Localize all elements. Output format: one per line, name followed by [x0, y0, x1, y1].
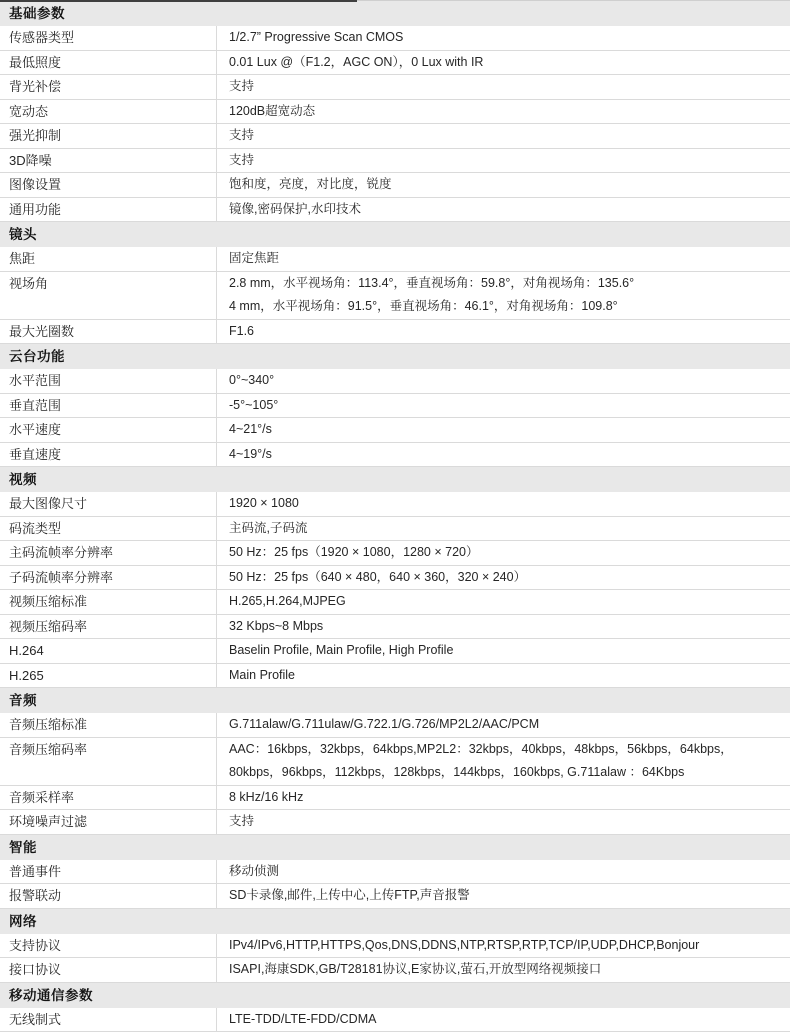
spec-value: 32 Kbps~8 Mbps: [217, 615, 790, 639]
spec-row: 视频压缩标准H.265,H.264,MJPEG: [0, 590, 790, 615]
spec-label: 3D降噪: [0, 149, 217, 173]
section-header: 移动通信参数: [0, 983, 790, 1008]
spec-label: 音频采样率: [0, 786, 217, 810]
section-header: 视频: [0, 467, 790, 492]
spec-row: 通用功能镜像,密码保护,水印技术: [0, 198, 790, 223]
spec-label: 主码流帧率分辨率: [0, 541, 217, 565]
spec-row: 宽动态120dB超宽动态: [0, 100, 790, 125]
spec-label: 无线制式: [0, 1008, 217, 1032]
spec-label: 音频压缩标准: [0, 713, 217, 737]
spec-label: 视场角: [0, 272, 217, 319]
spec-label: 垂直范围: [0, 394, 217, 418]
spec-row: 最低照度0.01 Lux @（F1.2，AGC ON），0 Lux with I…: [0, 51, 790, 76]
section-header: 镜头: [0, 222, 790, 247]
spec-label: 视频压缩码率: [0, 615, 217, 639]
spec-row: 最大光圈数F1.6: [0, 320, 790, 345]
spec-row: 普通事件移动侦测: [0, 860, 790, 885]
spec-row: 背光补偿支持: [0, 75, 790, 100]
spec-label: 垂直速度: [0, 443, 217, 467]
spec-value: 支持: [217, 149, 790, 173]
spec-label: 传感器类型: [0, 26, 217, 50]
spec-value: 移动侦测: [217, 860, 790, 884]
section-header: 智能: [0, 835, 790, 860]
spec-label: 环境噪声过滤: [0, 810, 217, 834]
spec-value: Main Profile: [217, 664, 790, 688]
spec-row: 支持协议IPv4/IPv6,HTTP,HTTPS,Qos,DNS,DDNS,NT…: [0, 934, 790, 959]
spec-label: 支持协议: [0, 934, 217, 958]
spec-value: 主码流,子码流: [217, 517, 790, 541]
spec-row: 音频压缩码率AAC：16kbps，32kbps，64kbps,MP2L2：32k…: [0, 738, 790, 786]
section-header: 网络: [0, 909, 790, 934]
spec-value: G.711alaw/G.711ulaw/G.722.1/G.726/MP2L2/…: [217, 713, 790, 737]
spec-value: 支持: [217, 810, 790, 834]
spec-value: 饱和度，亮度，对比度，锐度: [217, 173, 790, 197]
spec-label: 强光抑制: [0, 124, 217, 148]
spec-row: 环境噪声过滤支持: [0, 810, 790, 835]
spec-row: 水平速度4~21°/s: [0, 418, 790, 443]
spec-row: 视频压缩码率32 Kbps~8 Mbps: [0, 615, 790, 640]
spec-row: 报警联动SD卡录像,邮件,上传中心,上传FTP,声音报警: [0, 884, 790, 909]
spec-value: 1920 × 1080: [217, 492, 790, 516]
spec-value: LTE-TDD/LTE-FDD/CDMA: [217, 1008, 790, 1032]
spec-value: Baselin Profile, Main Profile, High Prof…: [217, 639, 790, 663]
spec-label: H.264: [0, 639, 217, 663]
section-header: 云台功能: [0, 344, 790, 369]
spec-value: F1.6: [217, 320, 790, 344]
spec-value: -5°~105°: [217, 394, 790, 418]
spec-value: 固定焦距: [217, 247, 790, 271]
spec-row: H.265Main Profile: [0, 664, 790, 689]
spec-label: 视频压缩标准: [0, 590, 217, 614]
spec-row: 音频采样率8 kHz/16 kHz: [0, 786, 790, 811]
spec-row: 垂直速度4~19°/s: [0, 443, 790, 468]
spec-label: 最大光圈数: [0, 320, 217, 344]
spec-row: H.264Baselin Profile, Main Profile, High…: [0, 639, 790, 664]
spec-value: 50 Hz：25 fps（640 × 480，640 × 360，320 × 2…: [217, 566, 790, 590]
top-border-segment: [0, 0, 357, 2]
spec-label: 焦距: [0, 247, 217, 271]
spec-table: 基础参数传感器类型1/2.7” Progressive Scan CMOS最低照…: [0, 0, 790, 1032]
spec-label: 最大图像尺寸: [0, 492, 217, 516]
spec-value: IPv4/IPv6,HTTP,HTTPS,Qos,DNS,DDNS,NTP,RT…: [217, 934, 790, 958]
spec-row: 视场角2.8 mm，水平视场角：113.4°，垂直视场角：59.8°，对角视场角…: [0, 272, 790, 320]
spec-row: 主码流帧率分辨率50 Hz：25 fps（1920 × 1080，1280 × …: [0, 541, 790, 566]
spec-row: 码流类型主码流,子码流: [0, 517, 790, 542]
spec-value: 0.01 Lux @（F1.2，AGC ON），0 Lux with IR: [217, 51, 790, 75]
spec-row: 传感器类型1/2.7” Progressive Scan CMOS: [0, 26, 790, 51]
spec-row: 焦距固定焦距: [0, 247, 790, 272]
spec-row: 3D降噪支持: [0, 149, 790, 174]
spec-row: 图像设置饱和度，亮度，对比度，锐度: [0, 173, 790, 198]
spec-label: 音频压缩码率: [0, 738, 217, 785]
spec-label: 水平范围: [0, 369, 217, 393]
spec-value: 4~21°/s: [217, 418, 790, 442]
spec-value: 镜像,密码保护,水印技术: [217, 198, 790, 222]
section-header: 基础参数: [0, 1, 790, 26]
spec-row: 子码流帧率分辨率50 Hz：25 fps（640 × 480，640 × 360…: [0, 566, 790, 591]
spec-row: 强光抑制支持: [0, 124, 790, 149]
spec-row: 水平范围0°~340°: [0, 369, 790, 394]
spec-value: 0°~340°: [217, 369, 790, 393]
spec-value: 4~19°/s: [217, 443, 790, 467]
spec-value: H.265,H.264,MJPEG: [217, 590, 790, 614]
spec-label: H.265: [0, 664, 217, 688]
spec-label: 接口协议: [0, 958, 217, 982]
spec-value: ISAPI,海康SDK,GB/T28181协议,E家协议,萤石,开放型网络视频接…: [217, 958, 790, 982]
spec-row: 最大图像尺寸1920 × 1080: [0, 492, 790, 517]
spec-value: SD卡录像,邮件,上传中心,上传FTP,声音报警: [217, 884, 790, 908]
spec-row: 音频压缩标准G.711alaw/G.711ulaw/G.722.1/G.726/…: [0, 713, 790, 738]
spec-label: 背光补偿: [0, 75, 217, 99]
spec-value: AAC：16kbps，32kbps，64kbps,MP2L2：32kbps，40…: [217, 738, 790, 785]
spec-label: 码流类型: [0, 517, 217, 541]
spec-value: 120dB超宽动态: [217, 100, 790, 124]
spec-label: 水平速度: [0, 418, 217, 442]
spec-value: 支持: [217, 124, 790, 148]
spec-value: 2.8 mm，水平视场角：113.4°，垂直视场角：59.8°，对角视场角：13…: [217, 272, 790, 319]
spec-label: 最低照度: [0, 51, 217, 75]
spec-label: 图像设置: [0, 173, 217, 197]
spec-value: 50 Hz：25 fps（1920 × 1080，1280 × 720）: [217, 541, 790, 565]
spec-row: 接口协议ISAPI,海康SDK,GB/T28181协议,E家协议,萤石,开放型网…: [0, 958, 790, 983]
spec-label: 普通事件: [0, 860, 217, 884]
spec-value: 1/2.7” Progressive Scan CMOS: [217, 26, 790, 50]
spec-label: 宽动态: [0, 100, 217, 124]
section-header: 音频: [0, 688, 790, 713]
spec-value: 8 kHz/16 kHz: [217, 786, 790, 810]
spec-row: 垂直范围-5°~105°: [0, 394, 790, 419]
spec-label: 报警联动: [0, 884, 217, 908]
spec-label: 通用功能: [0, 198, 217, 222]
spec-value: 支持: [217, 75, 790, 99]
spec-label: 子码流帧率分辨率: [0, 566, 217, 590]
spec-row: 无线制式LTE-TDD/LTE-FDD/CDMA: [0, 1008, 790, 1033]
